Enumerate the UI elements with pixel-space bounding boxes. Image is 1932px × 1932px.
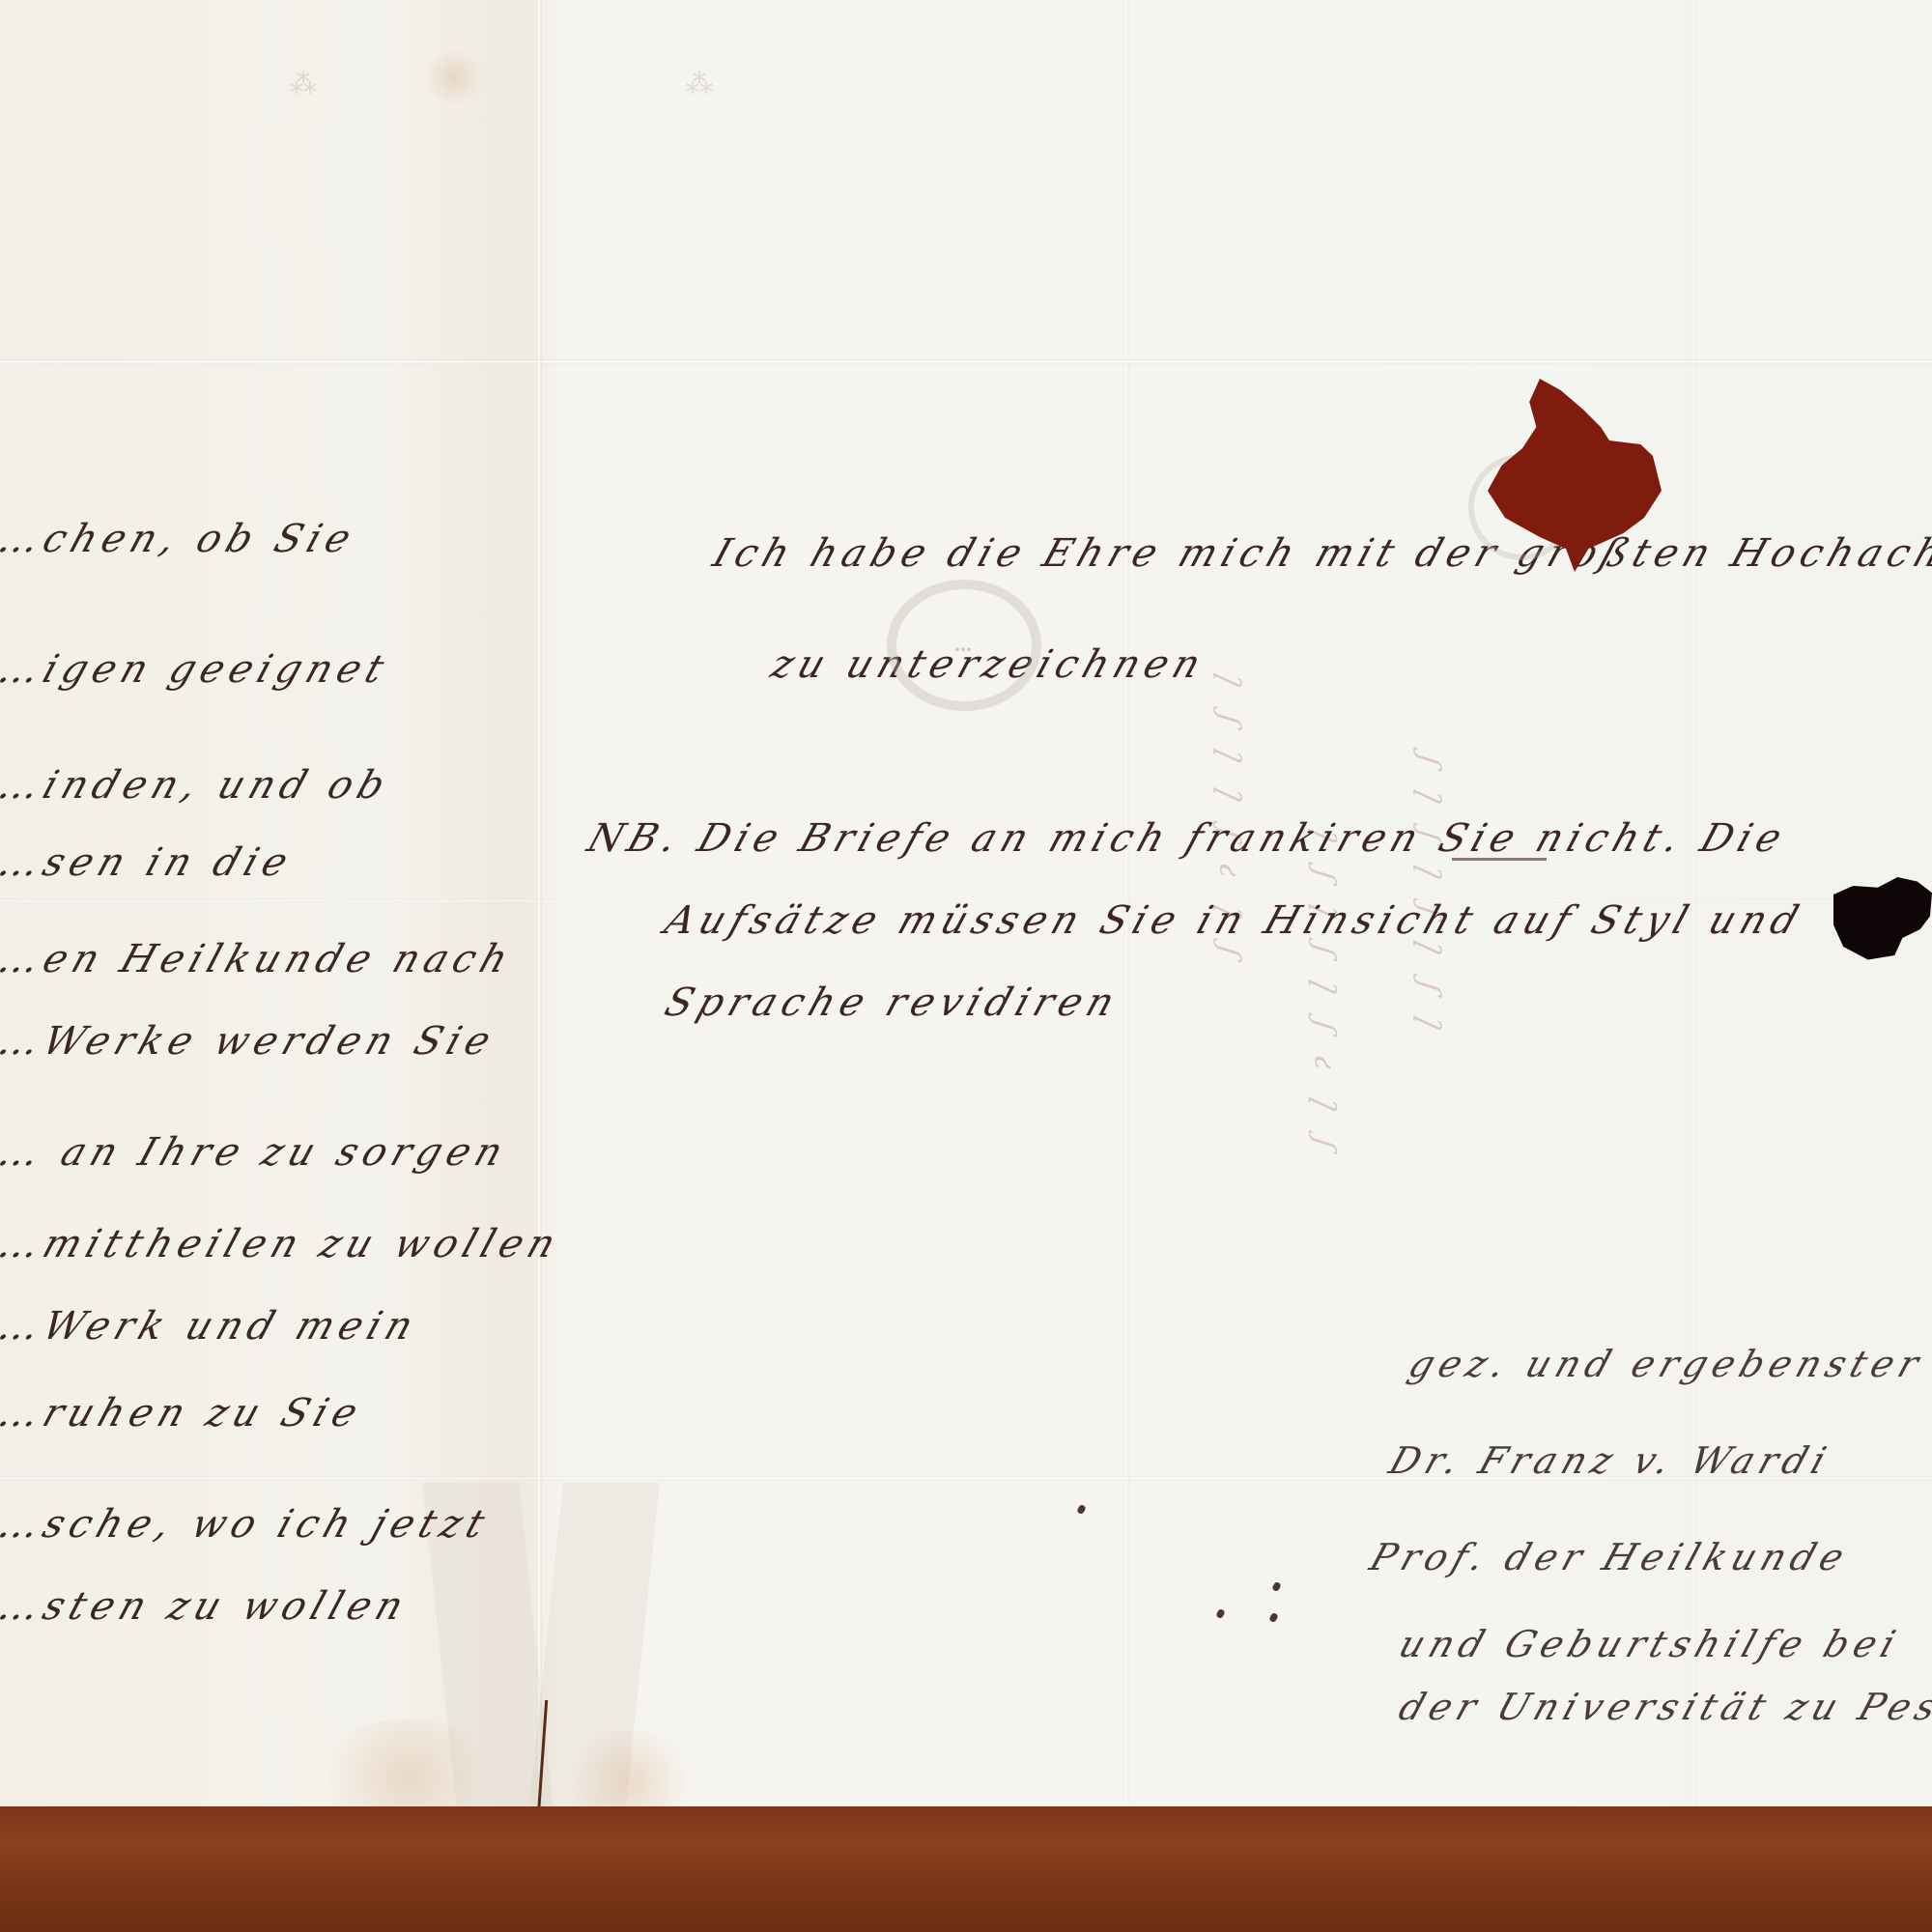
signature-line: gez. und ergebenster <box>1404 1343 1930 1385</box>
bleed-through-writing: ɭ ʃ ɭ ʃ ɭ ʃ ɭ ʃ <box>1409 740 1443 1032</box>
paper-emboss-mark: ⁂ <box>290 68 317 99</box>
bleed-through-writing: ʃ ɭ ɂ ʃ ɭ ʃ ɭ ʃ ɭ <box>1305 816 1339 1151</box>
note-line: NB. Die Briefe an mich frankiren Sie nic… <box>582 816 1793 861</box>
letter-paper: ⁂ ⁂ ʃ ɭ ɂ ʃ ɭ ɭ ʃ ɭ ʃ ɭ ɂ ʃ ɭ ʃ ɭ ʃ ɭ ɭ … <box>0 0 1932 1816</box>
postmark-stamp: … <box>887 580 1041 711</box>
wooden-table <box>0 1806 1932 1932</box>
fold-crease-horizontal <box>0 359 1932 364</box>
note-line: Sprache revidiren <box>660 980 1126 1025</box>
left-page-line: …sten zu wollen <box>0 1584 414 1629</box>
ink-dot <box>1215 1608 1226 1619</box>
water-stain <box>425 48 483 106</box>
left-page-line: … an Ihre zu sorgen <box>0 1130 514 1175</box>
left-page-line: …sche, wo ich jetzt <box>0 1502 496 1547</box>
signature-line: und Geburtshilfe bei <box>1394 1623 1907 1665</box>
ink-dot <box>1271 1581 1282 1592</box>
left-page-line: …Werke werden Sie <box>0 1019 501 1064</box>
closing-line: Ich habe die Ehre mich mit der größten H… <box>708 531 1932 576</box>
signature-line: der Universität zu Pesth <box>1394 1686 1932 1728</box>
black-wax-seal-icon <box>1833 877 1932 964</box>
left-page-line: …en Heilkunde nach <box>0 937 519 981</box>
paper-emboss-mark: ⁂ <box>686 68 713 99</box>
underline-mark <box>1452 858 1547 861</box>
left-page-line: …mittheilen zu wollen <box>0 1222 566 1266</box>
left-page-line: …igen geeignet <box>0 647 395 692</box>
ink-dot <box>1076 1504 1087 1515</box>
ink-dot <box>1268 1612 1279 1623</box>
left-page-line: …sen in die <box>0 840 298 885</box>
left-page-line: …inden, und ob <box>0 763 396 808</box>
signature-line: Dr. Franz v. Wardi <box>1384 1439 1837 1482</box>
signature-line: Prof. der Heilkunde <box>1365 1536 1856 1578</box>
fold-crease-vertical <box>536 0 542 1816</box>
note-line: Aufsätze müssen Sie in Hinsicht auf Styl… <box>660 898 1810 943</box>
left-page-line: …Werk und mein <box>0 1304 424 1349</box>
left-page-line: …chen, ob Sie <box>0 517 362 561</box>
left-page-line: …ruhen zu Sie <box>0 1391 369 1435</box>
